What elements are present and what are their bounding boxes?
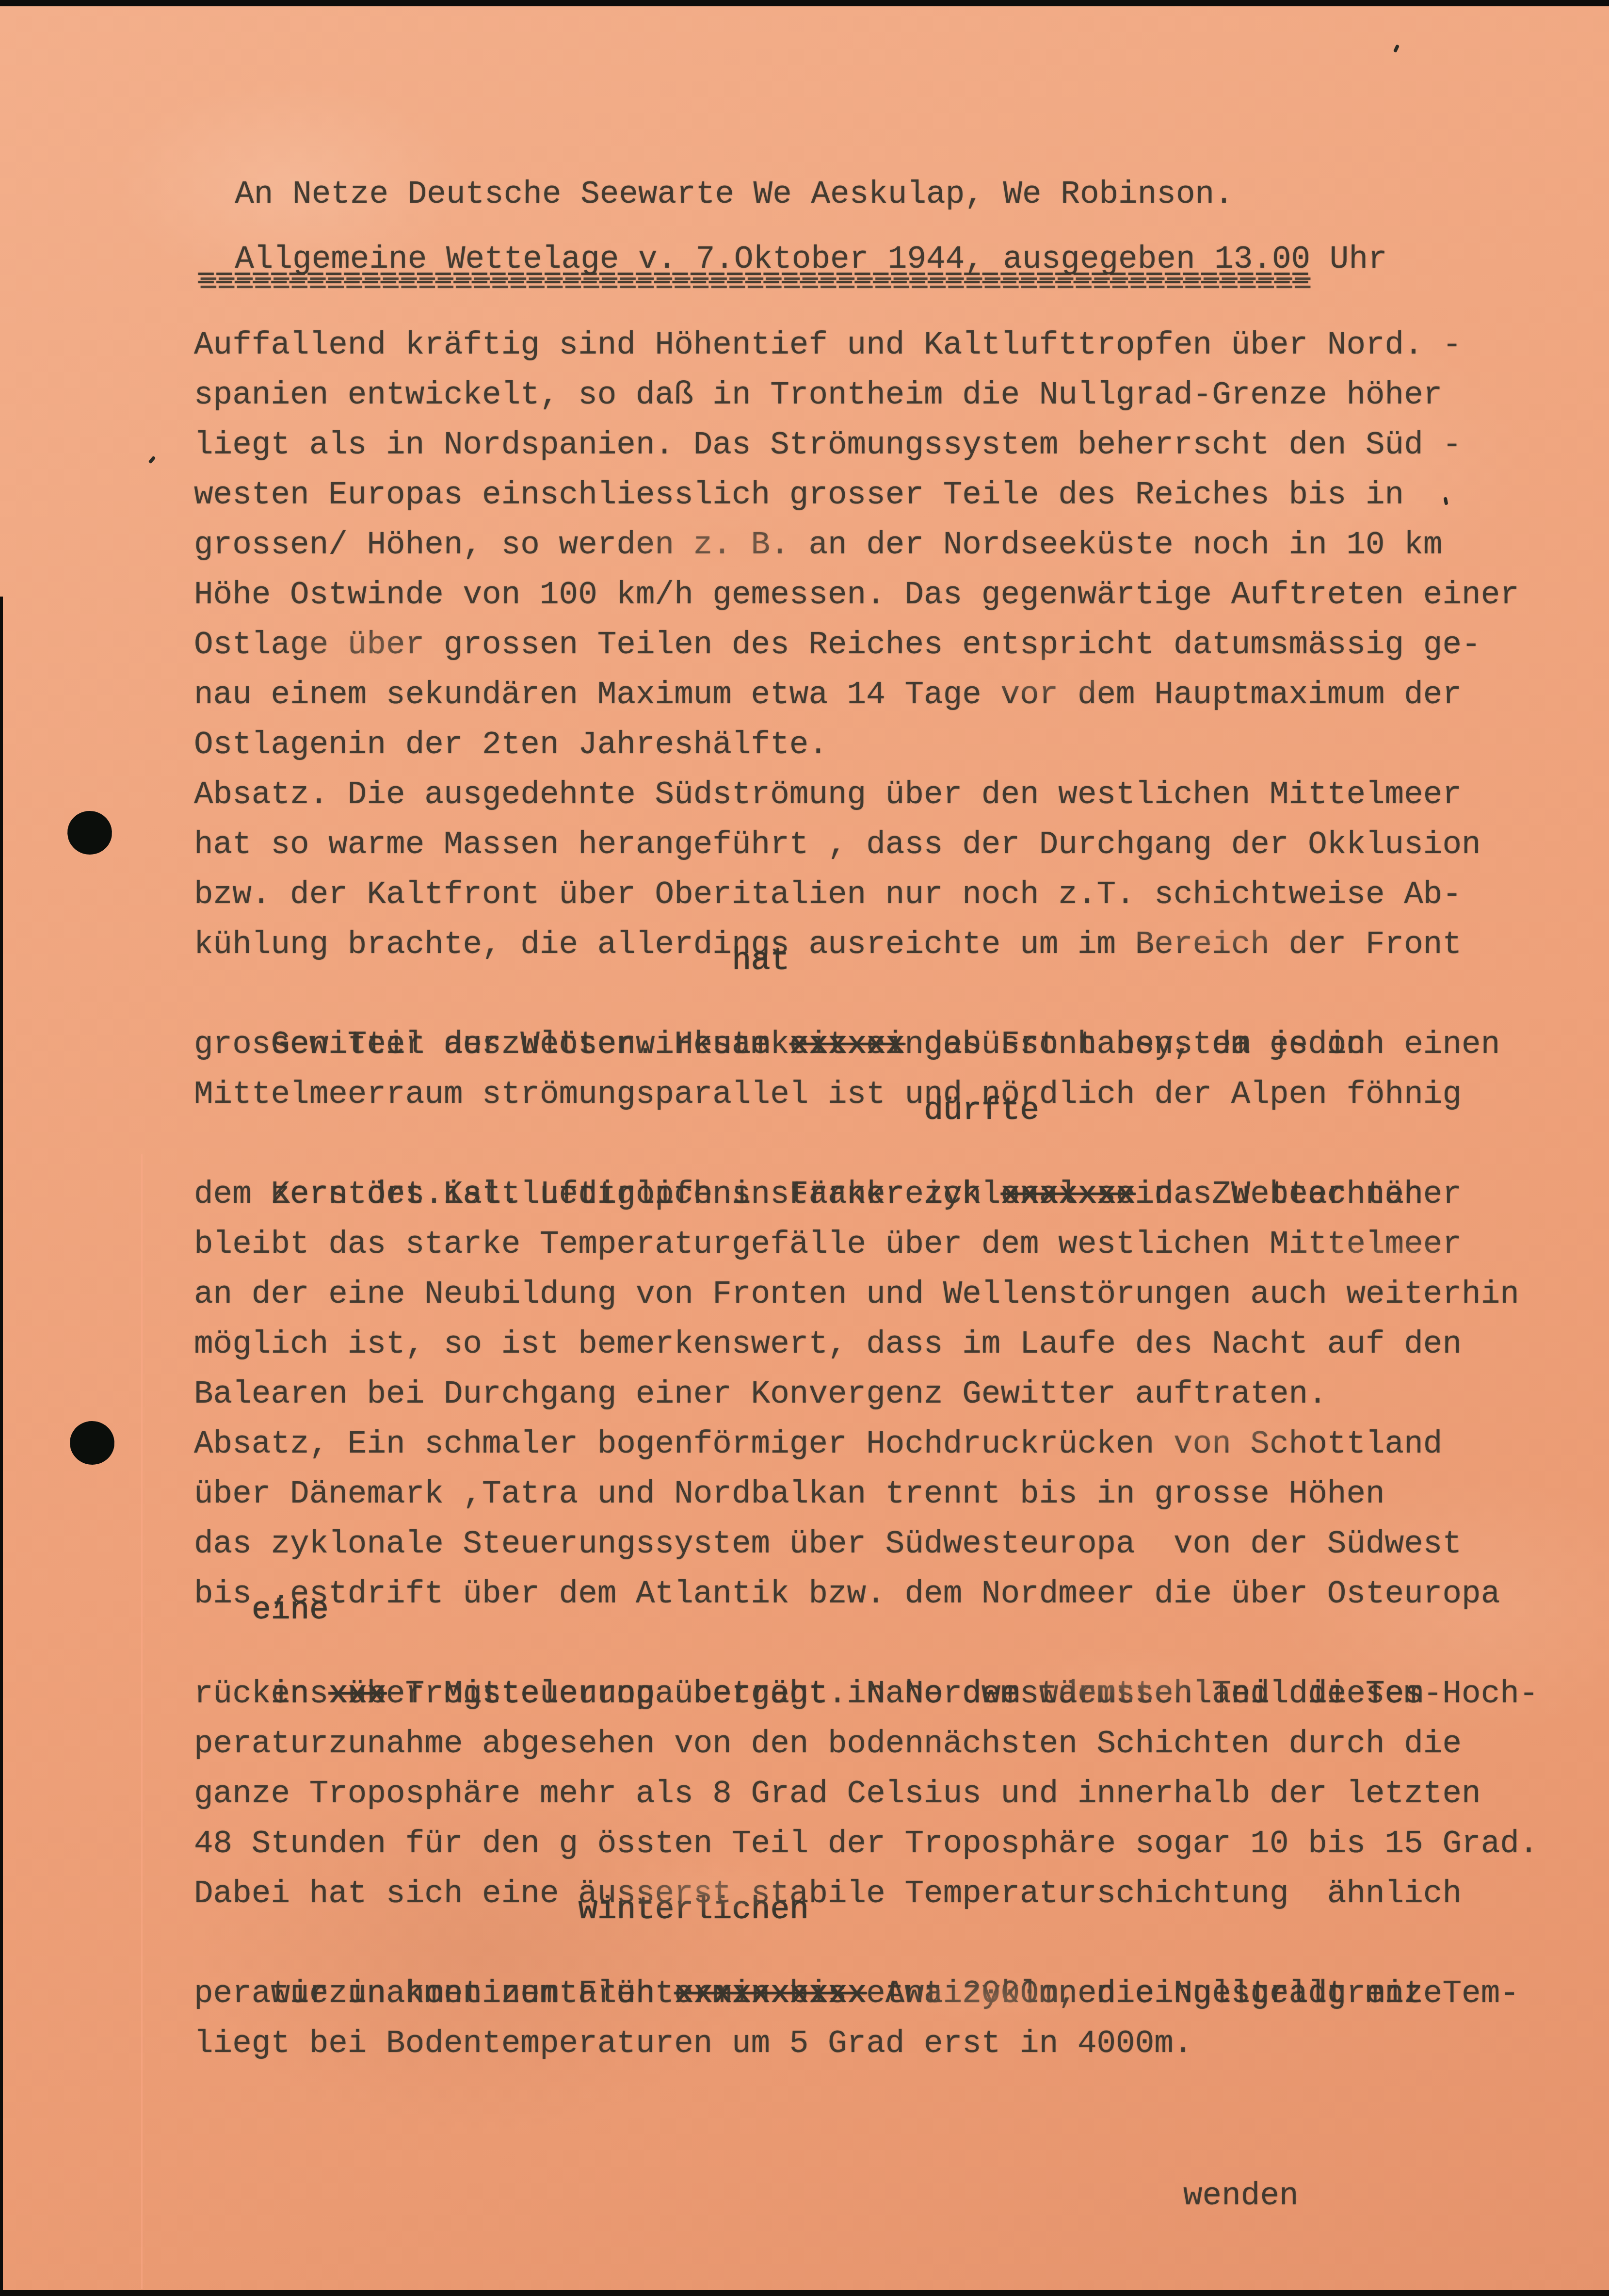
typed-line-with-correction: Gewitter auszulösen. Heute xxxxxx das Fr… — [194, 970, 1538, 1019]
turn-page-text: wenden — [1183, 2178, 1299, 2214]
typed-line: nau einem sekundären Maximum etwa 14 Tag… — [194, 670, 1538, 720]
header-separator: ========================================… — [196, 262, 1309, 298]
line-text: kühlung brachte, die allerdings ausreich… — [194, 926, 1462, 963]
typed-line-with-correction: zerstört.ist. Lediglich in Frankreich xx… — [194, 1119, 1538, 1169]
line-text: bis ,estdrift über dem Atlantik bzw. dem… — [194, 1576, 1500, 1612]
typed-line: Höhe Ostwinde von 100 km/h gemessen. Das… — [194, 570, 1538, 620]
separator-rule-echo: ========================================… — [199, 267, 1311, 303]
line-text: Absatz. Die ausgedehnte Südströmung über… — [194, 776, 1462, 813]
scanned-typewritten-page: { "document": { "paper_color": "#eea17a"… — [0, 0, 1609, 2296]
punch-hole — [67, 1418, 117, 1468]
line-text: dem Kern des Kaltlufttropfens stärker zy… — [194, 1176, 1423, 1213]
typed-line: Absatz. Die ausgedehnte Südströmung über… — [194, 770, 1538, 820]
typed-line: peraturzunahme abgesehen von den bodennä… — [194, 1719, 1538, 1769]
scan-edge-left — [0, 597, 3, 2296]
turn-page-note: wenden — [1183, 2178, 1299, 2214]
typed-line: Mittelmeerraum strömungsparallel ist und… — [194, 1069, 1538, 1119]
line-text: hat so warme Massen herangeführt , dass … — [194, 826, 1481, 863]
typed-line: bleibt das starke Temperaturgefälle über… — [194, 1219, 1538, 1269]
typed-line: westen Europas einschliesslich grosser T… — [194, 470, 1538, 520]
line-text: grossen Teil der Wetterwirksamkeit einge… — [194, 1026, 1366, 1063]
typed-line: spanien entwickelt, so daß in Trontheim … — [194, 370, 1538, 420]
line-text: peraturzunahme abgesehen von den bodennä… — [194, 1726, 1462, 1762]
line-text: spanien entwickelt, so daß in Trontheim … — [194, 377, 1442, 413]
typed-insertion: hat — [732, 942, 789, 979]
paper-crease — [141, 1154, 143, 2289]
typed-line: liegt als in Nordspanien. Das Strömungss… — [194, 420, 1538, 470]
line-text: ganze Troposphäre mehr als 8 Grad Celsiu… — [194, 1776, 1481, 1812]
typed-line: hat so warme Massen herangeführt , dass … — [194, 820, 1538, 870]
line-text: Ostlage über grossen Teilen des Reiches … — [194, 627, 1481, 663]
line-text: Auffallend kräftig sind Höhentief und Ka… — [194, 327, 1462, 363]
typed-line: bis ,estdrift über dem Atlantik bzw. dem… — [194, 1569, 1538, 1619]
line-text: grossen/ Höhen, so werden z. B. an der N… — [194, 527, 1442, 563]
line-text: bzw. der Kaltfront über Oberitalien nur … — [194, 876, 1462, 913]
line-text: Balearen bei Durchgang einer Konvergenz … — [194, 1376, 1327, 1412]
typed-line: das zyklonale Steuerungssystem über Südw… — [194, 1519, 1538, 1569]
line-text: liegt bei Bodentemperaturen um 5 Grad er… — [194, 2025, 1193, 2062]
typed-line: 48 Stunden für den g össten Teil der Tro… — [194, 1819, 1538, 1869]
typed-line: dem Kern des Kaltlufttropfens stärker zy… — [194, 1169, 1538, 1219]
typed-line: grossen/ Höhen, so werden z. B. an der N… — [194, 520, 1538, 570]
typed-insertion: dürfte — [924, 1092, 1039, 1129]
line-text: möglich ist, so ist bemerkenswert, dass … — [194, 1326, 1462, 1362]
typed-line: liegt bei Bodentemperaturen um 5 Grad er… — [194, 2019, 1538, 2069]
line-text: Ostlagenin der 2ten Jahreshälfte. — [194, 727, 828, 763]
line-text: über Dänemark ,Tatra und Nordbalkan tren… — [194, 1476, 1385, 1512]
report-body: Auffallend kräftig sind Höhentief und Ka… — [194, 320, 1538, 2069]
typed-line: Auffallend kräftig sind Höhentief und Ka… — [194, 320, 1538, 370]
typed-line: über Dänemark ,Tatra und Nordbalkan tren… — [194, 1469, 1538, 1519]
typed-line: kühlung brachte, die allerdings ausreich… — [194, 920, 1538, 970]
line-text: bleibt das starke Temperaturgefälle über… — [194, 1226, 1462, 1262]
ink-speck — [1393, 44, 1400, 52]
scan-edge-top — [0, 0, 1609, 6]
typed-line: rückens über Mitteleuropa beträgt in Nor… — [194, 1669, 1538, 1719]
line-text: 48 Stunden für den g össten Teil der Tro… — [194, 1826, 1538, 1862]
typed-insertion: eine — [252, 1592, 328, 1628]
line-text: Dabei hat sich eine äusserst stabile Tem… — [194, 1876, 1462, 1912]
typed-line: Ostlagenin der 2ten Jahreshälfte. — [194, 720, 1538, 770]
typed-line: bzw. der Kaltfront über Oberitalien nur … — [194, 870, 1538, 920]
scan-edge-bottom — [0, 2290, 1609, 2296]
typed-line: peraturzunahmen zum Frühtermin bis etwa … — [194, 1969, 1538, 2019]
line-text: rückens über Mitteleuropa beträgt in Nor… — [194, 1676, 1442, 1712]
line-text: nau einem sekundären Maximum etwa 14 Tag… — [194, 677, 1462, 713]
typed-line: Balearen bei Durchgang einer Konvergenz … — [194, 1369, 1538, 1419]
typed-line-with-correction: in xxx Trogsteuerung übergeht. Nahe dem … — [194, 1619, 1538, 1669]
typed-line: möglich ist, so ist bemerkenswert, dass … — [194, 1319, 1538, 1369]
header-address-line: An Netze Deutsche Seewarte We Aeskulap, … — [196, 140, 1234, 212]
typed-line: Ostlage über grossen Teilen des Reiches … — [194, 620, 1538, 670]
line-text: Mittelmeerraum strömungsparallel ist und… — [194, 1076, 1462, 1113]
typed-line-with-correction: wie in kontinentalen xxxxxxxxxx Antizykl… — [194, 1919, 1538, 1969]
line-text: an der eine Neubildung von Fronten und W… — [194, 1276, 1519, 1312]
line-text: Absatz, Ein schmaler bogenförmiger Hochd… — [194, 1426, 1442, 1462]
typed-line: grossen Teil der Wetterwirksamkeit einge… — [194, 1019, 1538, 1069]
typed-line: an der eine Neubildung von Fronten und W… — [194, 1269, 1538, 1319]
typed-insertion: winterlichen — [578, 1892, 808, 1928]
line-text: peraturzunahmen zum Frühtermin bis etwa … — [194, 1975, 1442, 2012]
line-text: liegt als in Nordspanien. Das Strömungss… — [194, 427, 1462, 463]
line-text: Höhe Ostwinde von 100 km/h gemessen. Das… — [194, 577, 1519, 613]
line-text: das zyklonale Steuerungssystem über Südw… — [194, 1526, 1462, 1562]
typed-line: Dabei hat sich eine äusserst stabile Tem… — [194, 1869, 1538, 1919]
line-text: westen Europas einschliesslich grosser T… — [194, 477, 1404, 513]
punch-hole — [64, 808, 115, 857]
typed-line: ganze Troposphäre mehr als 8 Grad Celsiu… — [194, 1769, 1538, 1819]
typed-line: Absatz, Ein schmaler bogenförmiger Hochd… — [194, 1419, 1538, 1469]
ink-speck — [148, 456, 156, 464]
